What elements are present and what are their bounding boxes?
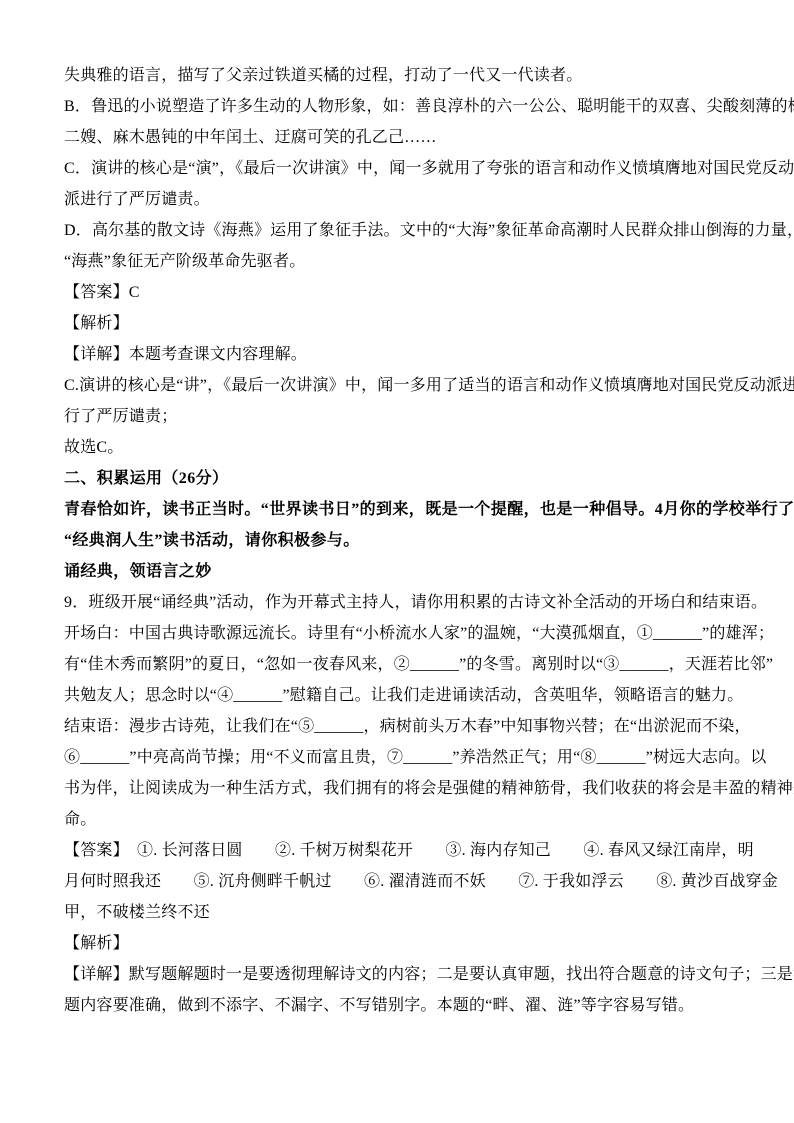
text-line: 【解析】: [64, 308, 734, 339]
text-line: 【答案】 ①. 长河落日圆 ②. 千树万树梨花开 ③. 海内存知己 ④. 春风又…: [64, 835, 734, 866]
text-line: 【详解】本题考查课文内容理解。: [64, 339, 734, 370]
text-line: ⑥______”中亮高尚节操；用“不义而富且贵，⑦______”养浩然正气；用“…: [64, 742, 734, 773]
text-line: 派进行了严厉谴责。: [64, 184, 734, 215]
text-line: 失典雅的语言，描写了父亲过铁道买橘的过程，打动了一代又一代读者。: [64, 60, 734, 91]
text-line: 9．班级开展“诵经典”活动，作为开幕式主持人，请你用积累的古诗文补全活动的开场白…: [64, 587, 734, 618]
text-line: C.演讲的核心是“讲”，《最后一次讲演》中，闻一多用了适当的语言和动作义愤填膺地…: [64, 370, 734, 401]
text-line: 命。: [64, 804, 734, 835]
text-line: 题内容要准确，做到不添字、不漏字、不写错别字。本题的“畔、濯、涟”等字容易写错。: [64, 990, 734, 1021]
text-line: 有“佳木秀而繁阴”的夏日，“忽如一夜春风来，②______”的冬雪。离别时以“③…: [64, 649, 734, 680]
text-line: B．鲁迅的小说塑造了许多生动的人物形象，如：善良淳朴的六一公公、聪明能干的双喜、…: [64, 91, 734, 122]
text-line: 【详解】默写题解题时一是要透彻理解诗文的内容；二是要认真审题，找出符合题意的诗文…: [64, 959, 734, 990]
text-line: 甲，不破楼兰终不还: [64, 897, 734, 928]
text-line: 开场白：中国古典诗歌源远流长。诗里有“小桥流水人家”的温婉，“大漠孤烟直，①__…: [64, 618, 734, 649]
text-line: 行了严厉谴责；: [64, 401, 734, 432]
text-line: 共勉友人；思念时以“④______”慰籍自己。让我们走进诵读活动，含英咀华，领略…: [64, 680, 734, 711]
text-line: 故选C。: [64, 432, 734, 463]
text-line: 【答案】C: [64, 277, 734, 308]
text-line: 二、积累运用（26分）: [64, 463, 734, 494]
text-line: 青春恰如许，读书正当时。“世界读书日”的到来，既是一个提醒，也是一种倡导。4月你…: [64, 494, 734, 525]
document-lines: 失典雅的语言，描写了父亲过铁道买橘的过程，打动了一代又一代读者。B．鲁迅的小说塑…: [64, 60, 734, 1021]
text-line: 书为伴，让阅读成为一种生活方式，我们拥有的将会是强健的精神筋骨，我们收获的将会是…: [64, 773, 734, 804]
text-line: “海燕”象征无产阶级革命先驱者。: [64, 246, 734, 277]
text-line: 结束语：漫步古诗苑，让我们在“⑤______，病树前头万木春”中知事物兴替；在“…: [64, 711, 734, 742]
text-line: D．高尔基的散文诗《海燕》运用了象征手法。文中的“大海”象征革命高潮时人民群众排…: [64, 215, 734, 246]
text-line: 【解析】: [64, 928, 734, 959]
exam-page: 失典雅的语言，描写了父亲过铁道买橘的过程，打动了一代又一代读者。B．鲁迅的小说塑…: [0, 0, 794, 1123]
text-line: “经典润人生”读书活动，请你积极参与。: [64, 525, 734, 556]
text-line: 二嫂、麻木愚钝的中年闰土、迂腐可笑的孔乙己……: [64, 122, 734, 153]
text-line: 诵经典，领语言之妙: [64, 556, 734, 587]
text-line: 月何时照我还 ⑤. 沉舟侧畔千帆过 ⑥. 濯清涟而不妖 ⑦. 于我如浮云 ⑧. …: [64, 866, 734, 897]
text-line: C．演讲的核心是“演”，《最后一次讲演》中，闻一多就用了夸张的语言和动作义愤填膺…: [64, 153, 734, 184]
